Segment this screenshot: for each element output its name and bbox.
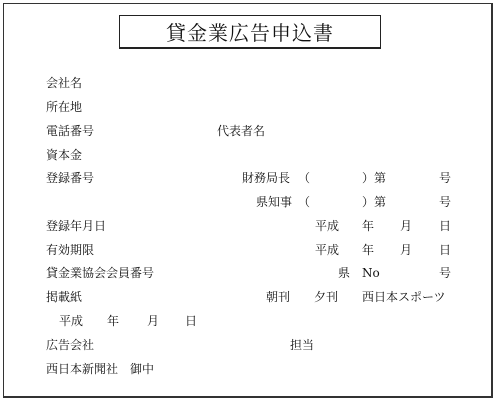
label-address: 所在地 [46, 100, 82, 114]
open-paren-2: （ [298, 195, 310, 209]
year-1: 年 [362, 219, 374, 233]
form-title: 貸金業広告申込書 [166, 17, 334, 46]
option-morning: 朝刊 [266, 290, 290, 304]
month-3: 月 [147, 314, 159, 328]
year-3: 年 [107, 314, 119, 328]
close-paren-dai-2: ）第 [362, 195, 386, 209]
day-1: 日 [439, 219, 451, 233]
addressee: 西日本新聞社 御中 [46, 362, 154, 376]
month-2: 月 [400, 243, 412, 257]
heisei-1: 平成 [315, 219, 339, 233]
option-evening: 夕刊 [314, 290, 338, 304]
label-expiry: 有効期限 [46, 243, 94, 257]
label-prefectural-governor: 県知事 [256, 195, 292, 209]
year-2: 年 [362, 243, 374, 257]
label-go-2: 号 [439, 195, 451, 209]
month-1: 月 [400, 219, 412, 233]
label-go-3: 号 [439, 266, 451, 280]
label-phone: 電話番号 [46, 124, 94, 138]
open-paren-1: （ [298, 171, 310, 185]
title-box: 貸金業広告申込書 [119, 15, 381, 49]
day-2: 日 [439, 243, 451, 257]
close-paren-dai-1: ）第 [362, 171, 386, 185]
label-registration-date: 登録年月日 [46, 219, 106, 233]
label-representative: 代表者名 [217, 124, 265, 138]
day-3: 日 [185, 314, 197, 328]
label-prefecture: 県 [338, 266, 350, 280]
label-ad-company: 広告会社 [46, 338, 94, 352]
heisei-2: 平成 [315, 243, 339, 257]
heisei-3: 平成 [59, 314, 83, 328]
label-association-number: 貸金業協会会員番号 [46, 266, 154, 280]
label-company-name: 会社名 [46, 76, 82, 90]
label-in-charge: 担当 [290, 338, 314, 352]
label-capital: 資本金 [46, 148, 82, 162]
label-registration-number: 登録番号 [46, 171, 94, 185]
label-no: No [362, 266, 380, 280]
label-finance-bureau: 財務局長 [242, 171, 290, 185]
label-publication: 掲載紙 [46, 290, 82, 304]
label-go-1: 号 [439, 171, 451, 185]
option-sports: 西日本スポーツ [362, 290, 446, 304]
